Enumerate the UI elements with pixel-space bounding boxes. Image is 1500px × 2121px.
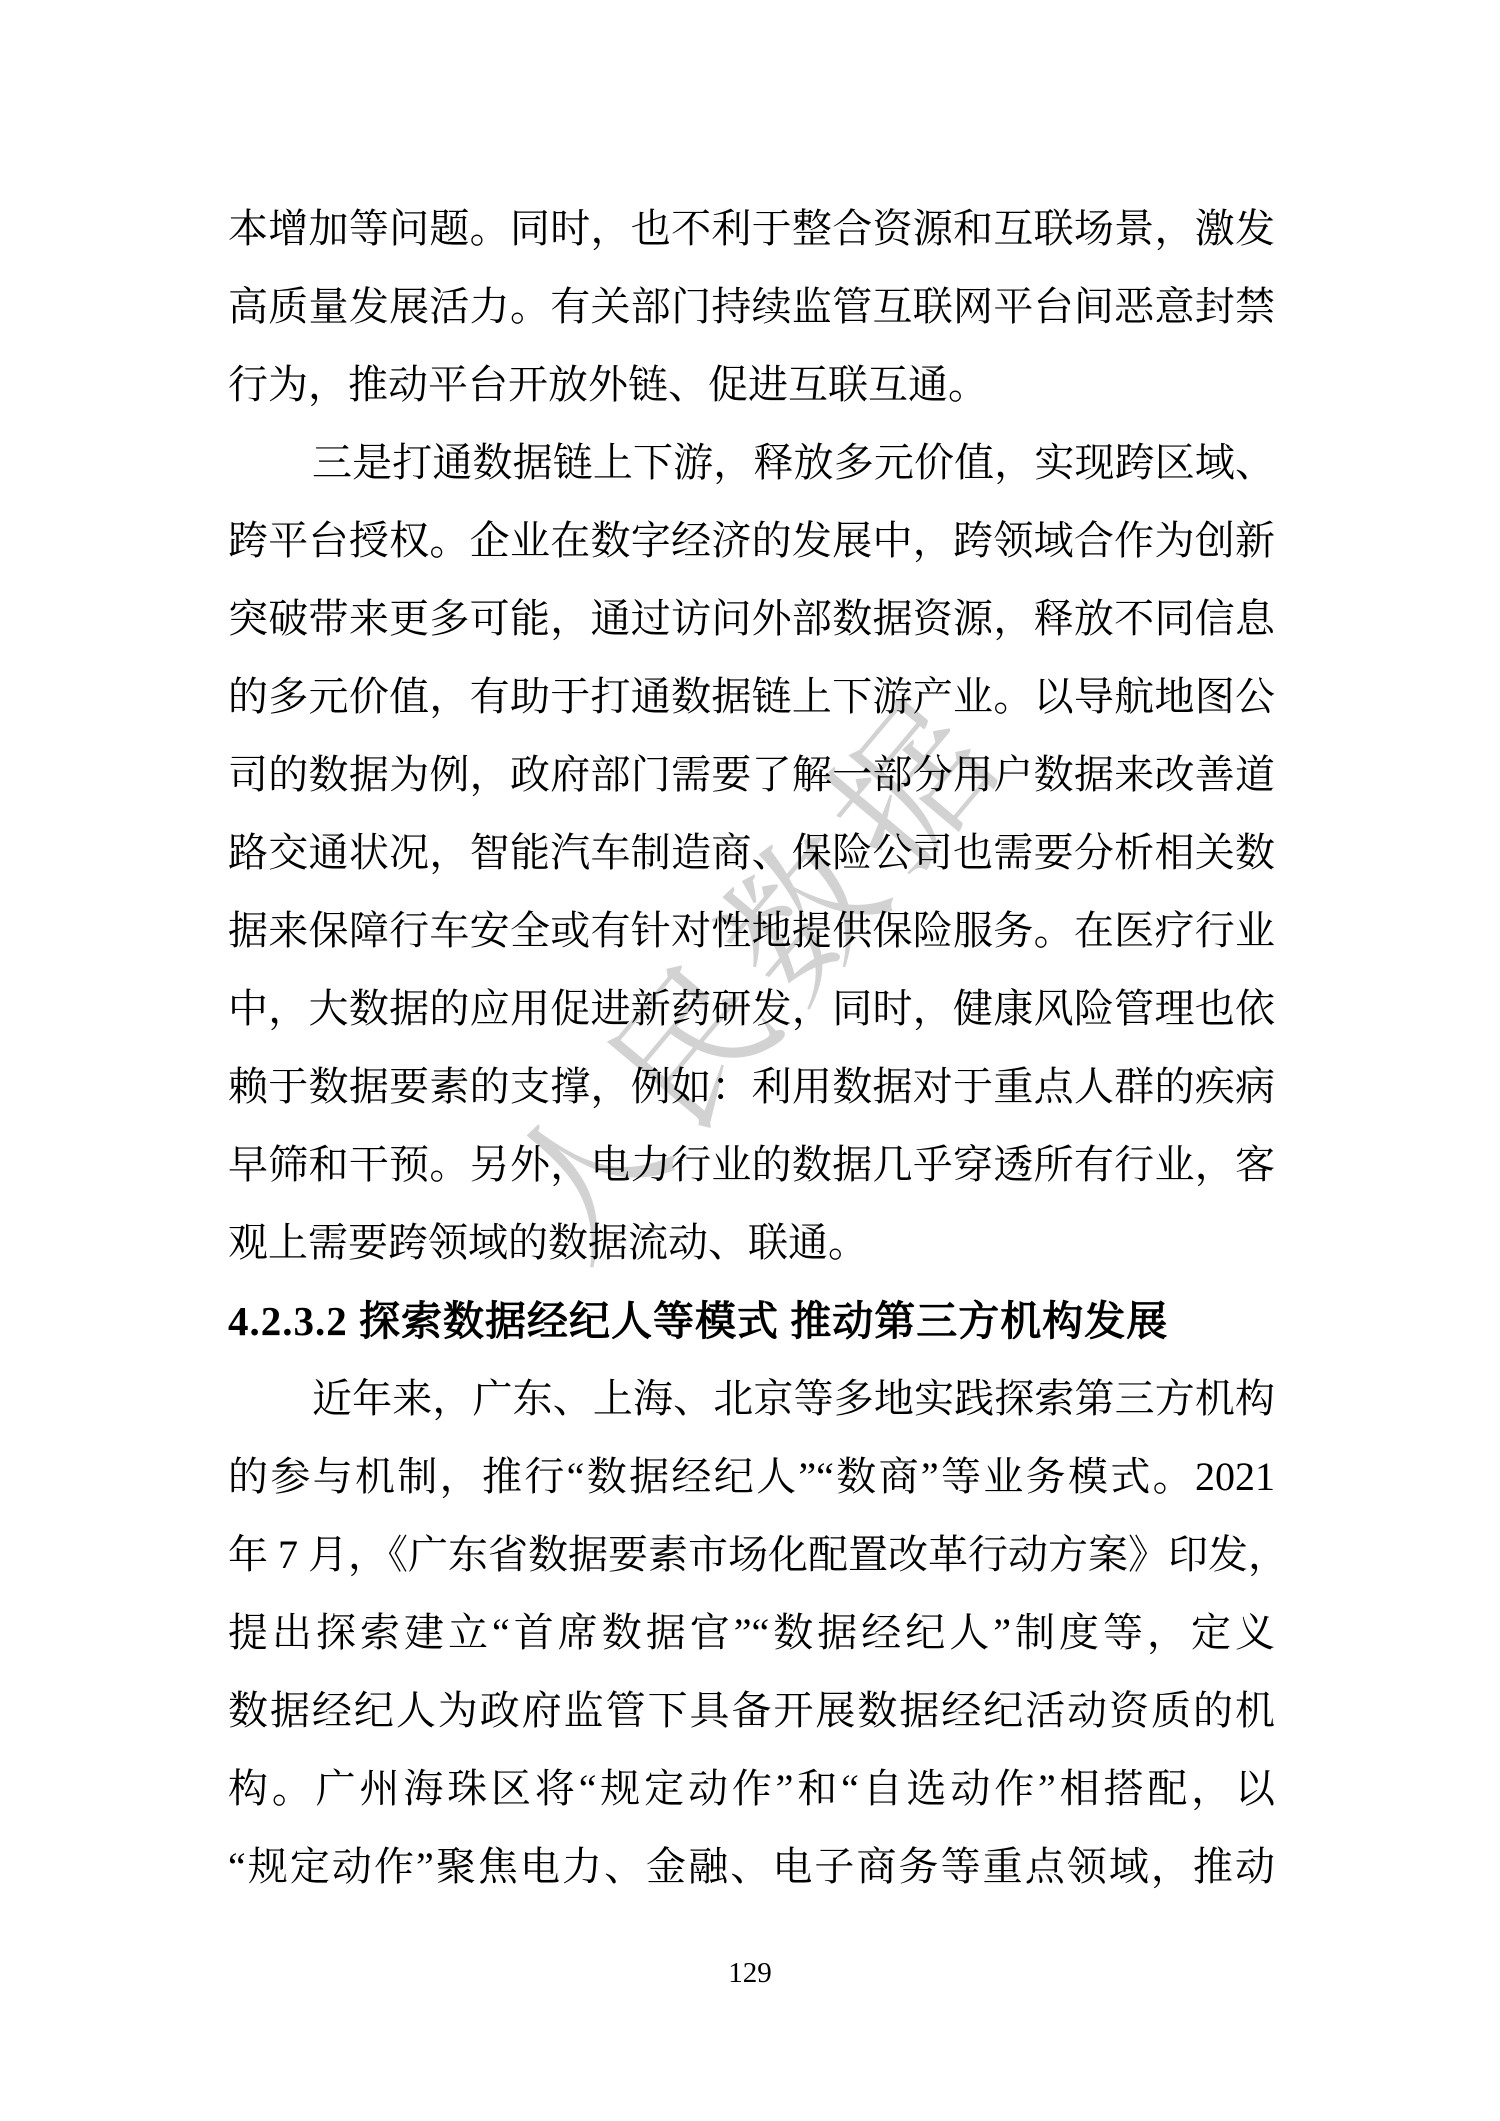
paragraph-line: 构。广州海珠区将“规定动作”和“自选动作”相搭配，以 <box>228 1750 1275 1828</box>
document-body: 本增加等问题。同时，也不利于整合资源和互联场景，激发 高质量发展活力。有关部门持… <box>228 190 1275 1906</box>
paragraph-line: 数据经纪人为政府监管下具备开展数据经纪活动资质的机 <box>228 1672 1275 1750</box>
paragraph-line: 的多元价值，有助于打通数据链上下游产业。以导航地图公 <box>228 658 1275 736</box>
paragraph-line: 本增加等问题。同时，也不利于整合资源和互联场景，激发 <box>228 190 1275 268</box>
paragraph-line: 提出探索建立“首席数据官”“数据经纪人”制度等，定义 <box>228 1594 1275 1672</box>
paragraph-line: 行为，推动平台开放外链、促进互联互通。 <box>228 346 1275 424</box>
paragraph-line: 年 7 月，《广东省数据要素市场化配置改革行动方案》印发， <box>228 1516 1275 1594</box>
paragraph-line: 的参与机制，推行“数据经纪人”“数商”等业务模式。2021 <box>228 1438 1275 1516</box>
paragraph-line: 近年来，广东、上海、北京等多地实践探索第三方机构 <box>228 1360 1275 1438</box>
paragraph-line: 早筛和干预。另外，电力行业的数据几乎穿透所有行业，客 <box>228 1126 1275 1204</box>
paragraph-line: 路交通状况，智能汽车制造商、保险公司也需要分析相关数 <box>228 814 1275 892</box>
page-number: 129 <box>0 1956 1500 1990</box>
paragraph-line: 突破带来更多可能，通过访问外部数据资源，释放不同信息 <box>228 580 1275 658</box>
paragraph-line: “规定动作”聚焦电力、金融、电子商务等重点领域，推动 <box>228 1828 1275 1906</box>
section-heading: 4.2.3.2 探索数据经纪人等模式 推动第三方机构发展 <box>228 1282 1275 1360</box>
paragraph-line: 中，大数据的应用促进新药研发，同时，健康风险管理也依 <box>228 970 1275 1048</box>
paragraph-line: 三是打通数据链上下游，释放多元价值，实现跨区域、 <box>228 424 1275 502</box>
paragraph-line: 司的数据为例，政府部门需要了解一部分用户数据来改善道 <box>228 736 1275 814</box>
paragraph-line: 据来保障行车安全或有针对性地提供保险服务。在医疗行业 <box>228 892 1275 970</box>
paragraph-line: 跨平台授权。企业在数字经济的发展中，跨领域合作为创新 <box>228 502 1275 580</box>
paragraph-line: 赖于数据要素的支撑，例如：利用数据对于重点人群的疾病 <box>228 1048 1275 1126</box>
paragraph-line: 高质量发展活力。有关部门持续监管互联网平台间恶意封禁 <box>228 268 1275 346</box>
document-page: 人民数据 本增加等问题。同时，也不利于整合资源和互联场景，激发 高质量发展活力。… <box>0 0 1500 2121</box>
paragraph-line: 观上需要跨领域的数据流动、联通。 <box>228 1204 1275 1282</box>
